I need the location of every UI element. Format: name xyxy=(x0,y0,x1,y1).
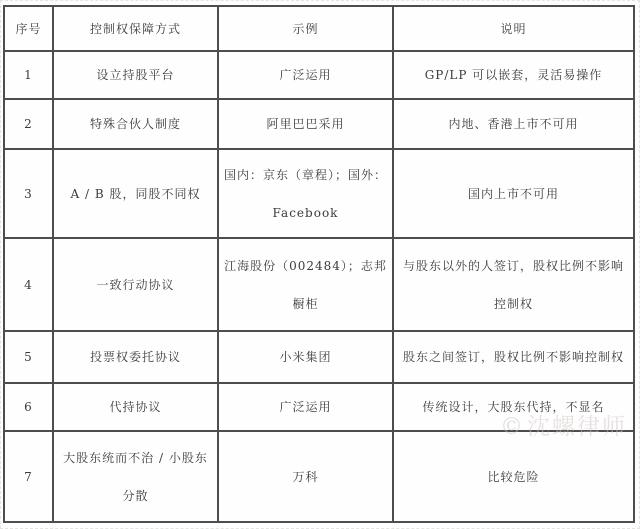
example-cell: 小米集团 xyxy=(218,331,393,383)
table-row: 7 大股东统而不治 / 小股东 分散 万科 比较危险 xyxy=(4,431,634,522)
example-cell: 万科 xyxy=(218,431,393,522)
example-cell: 广泛运用 xyxy=(218,51,393,99)
table-screenshot: 序号 控制权保障方式 示例 说明 1 设立持股平台 广泛运用 GP/LP 可以嵌… xyxy=(0,0,640,529)
table-row: 3 A / B 股，同股不同权 国内：京东（章程）；国外： Facebook 国… xyxy=(4,149,634,238)
example-cell: 江海股份（002484）；志邦 橱柜 xyxy=(218,238,393,331)
note-cell: 国内上市不可用 xyxy=(393,149,634,238)
row-number-cell: 3 xyxy=(4,149,53,238)
header-cell-no: 序号 xyxy=(4,6,53,51)
note-cell: 传统设计，大股东代持，不显名 xyxy=(393,383,634,431)
table-row: 1 设立持股平台 广泛运用 GP/LP 可以嵌套，灵活易操作 xyxy=(4,51,634,99)
method-cell: 特殊合伙人制度 xyxy=(53,99,218,149)
method-cell: 投票权委托协议 xyxy=(53,331,218,383)
note-cell: 比较危险 xyxy=(393,431,634,522)
row-number-cell: 1 xyxy=(4,51,53,99)
method-cell: A / B 股，同股不同权 xyxy=(53,149,218,238)
note-cell: 股东之间签订，股权比例不影响控制权 xyxy=(393,331,634,383)
header-cell-method: 控制权保障方式 xyxy=(53,6,218,51)
control-rights-table: 序号 控制权保障方式 示例 说明 1 设立持股平台 广泛运用 GP/LP 可以嵌… xyxy=(3,5,635,523)
note-cell: 内地、香港上市不可用 xyxy=(393,99,634,149)
header-row: 序号 控制权保障方式 示例 说明 xyxy=(4,6,634,51)
header-cell-example: 示例 xyxy=(218,6,393,51)
header-cell-note: 说明 xyxy=(393,6,634,51)
method-cell: 一致行动协议 xyxy=(53,238,218,331)
note-cell: 与股东以外的人签订，股权比例不影响 控制权 xyxy=(393,238,634,331)
row-number-cell: 7 xyxy=(4,431,53,522)
table-row: 5 投票权委托协议 小米集团 股东之间签订，股权比例不影响控制权 xyxy=(4,331,634,383)
row-number-cell: 5 xyxy=(4,331,53,383)
method-cell: 代持协议 xyxy=(53,383,218,431)
table-row: 2 特殊合伙人制度 阿里巴巴采用 内地、香港上市不可用 xyxy=(4,99,634,149)
table-row: 4 一致行动协议 江海股份（002484）；志邦 橱柜 与股东以外的人签订，股权… xyxy=(4,238,634,331)
example-cell: 阿里巴巴采用 xyxy=(218,99,393,149)
row-number-cell: 4 xyxy=(4,238,53,331)
example-cell: 广泛运用 xyxy=(218,383,393,431)
note-cell: GP/LP 可以嵌套，灵活易操作 xyxy=(393,51,634,99)
method-cell: 设立持股平台 xyxy=(53,51,218,99)
example-cell: 国内：京东（章程）；国外： Facebook xyxy=(218,149,393,238)
method-cell: 大股东统而不治 / 小股东 分散 xyxy=(53,431,218,522)
row-number-cell: 6 xyxy=(4,383,53,431)
table-row: 6 代持协议 广泛运用 传统设计，大股东代持，不显名 xyxy=(4,383,634,431)
row-number-cell: 2 xyxy=(4,99,53,149)
